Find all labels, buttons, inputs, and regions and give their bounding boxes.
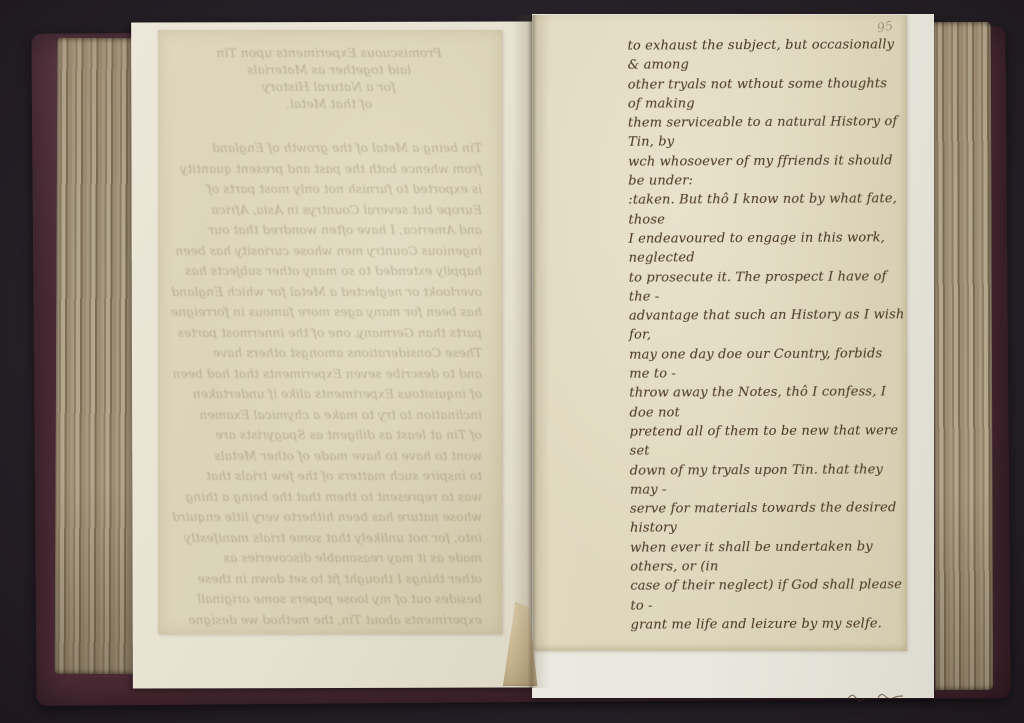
manuscript-line: to exhaust the subject, but occasionally… — [627, 35, 903, 75]
manuscript-line: and America, I have often wondred that o… — [168, 220, 482, 241]
ink-squiggle-icon — [846, 690, 918, 703]
manuscript-line: to prosecute it. The prospect I have of … — [629, 267, 905, 307]
manuscript-line: case of their neglect) if God shall plea… — [630, 576, 906, 616]
ink-showthrough-text: Promiscuous Experiments upon Tinlaid tog… — [168, 44, 490, 630]
manuscript-line: may one day doe our Country, forbids me … — [629, 344, 905, 384]
manuscript-line: them serviceable to a natural History of… — [628, 112, 904, 152]
manuscript-line: experiments about Tin, the method we des… — [168, 610, 482, 631]
manuscript-line: ingenious Country men whose curiosity ha… — [168, 241, 482, 262]
manuscript-line: :taken. But thô I know not by what fate,… — [628, 190, 904, 230]
manuscript-line: of Tin at least as diligent as Spagyrist… — [168, 425, 482, 446]
fore-edge-ink-marks — [846, 688, 918, 701]
manuscript-photo: Promiscuous Experiments upon Tinlaid tog… — [0, 0, 1024, 723]
manuscript-line: pretend all of them to be new that were … — [629, 421, 905, 461]
manuscript-line: Promiscuous Experiments upon Tin — [168, 44, 490, 61]
manuscript-line: happily extended to so many other subjec… — [168, 261, 482, 282]
manuscript-line: I endeavoured to engage in this work, ne… — [628, 228, 904, 268]
manuscript-line: Tin being a Metal of the growth of Engla… — [168, 138, 482, 159]
manuscript-line: These Considerations amongst others have — [168, 343, 482, 364]
folio-number: 95 — [876, 18, 894, 36]
manuscript-line: other tryals not wthout some thoughts of… — [628, 74, 904, 114]
manuscript-line: overlookt or neglected a Metal for which… — [168, 282, 482, 303]
manuscript-line: of inquisitous Experiments alike if unde… — [168, 384, 482, 405]
manuscript-line: laid together as Materials — [168, 61, 490, 78]
manuscript-line: other things I thought fit to set down i… — [168, 569, 482, 590]
manuscript-line: parts than Germany, one of the innermost… — [168, 323, 482, 344]
manuscript-line: down of my tryals upon Tin. that they ma… — [630, 460, 906, 500]
manuscript-line: whose nature has been hitherto very litl… — [168, 507, 482, 528]
showthrough-body-block: Tin being a Metal of the growth of Engla… — [168, 138, 490, 630]
manuscript-line: for a Natural History — [168, 78, 490, 95]
manuscript-text-block: to exhaust the subject, but occasionally… — [627, 35, 906, 635]
manuscript-line: is exported to furnish not only most par… — [168, 179, 482, 200]
manuscript-line: into, for not unlikely that some trials … — [168, 528, 482, 549]
manuscript-line: and to describe seven Experiments that h… — [168, 364, 482, 385]
manuscript-line: wch whosoever of my ffriends it should b… — [628, 151, 904, 191]
manuscript-line: to inspire such matters of the few trial… — [168, 466, 482, 487]
manuscript-line: grant me life and leizure by my selfe. — [630, 614, 906, 635]
manuscript-line: serve for materials towards the desired … — [630, 498, 906, 538]
manuscript-line: besides out of my loose papers some orig… — [168, 589, 482, 610]
manuscript-line: made as it may reasonable discoveries as — [168, 548, 482, 569]
manuscript-line: Europe but several Countrys in Asia, Afr… — [168, 200, 482, 221]
showthrough-title-block: Promiscuous Experiments upon Tinlaid tog… — [168, 44, 490, 112]
manuscript-line: advantage that such an History as I wish… — [629, 305, 905, 345]
manuscript-line: when ever it shall be undertaken by othe… — [630, 537, 906, 577]
manuscript-line: of that Metal. — [168, 95, 490, 112]
page-edge-stack-right — [933, 22, 993, 690]
right-manuscript-leaf: 95 to exhaust the subject, but occasiona… — [533, 15, 907, 651]
manuscript-line: throw away the Notes, thô I confess, I d… — [629, 383, 905, 423]
manuscript-line: was to represent to them that the being … — [168, 487, 482, 508]
left-manuscript-leaf: Promiscuous Experiments upon Tinlaid tog… — [158, 30, 502, 634]
manuscript-line: from whence both the past and present qu… — [168, 159, 482, 180]
manuscript-line: wont to have to have made of other Metal… — [168, 446, 482, 467]
manuscript-line: inclination to try to make a chymical Ex… — [168, 405, 482, 426]
manuscript-line: has been for many ages more famous in fo… — [168, 302, 482, 323]
